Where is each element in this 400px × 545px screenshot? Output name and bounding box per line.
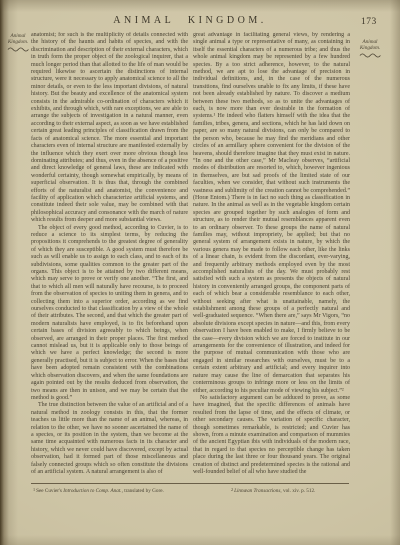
page-edge-shadow-top [0, 0, 400, 12]
margin-note-line: Kingdom. [351, 45, 389, 51]
body-paragraph: great advantage in facilitating general … [193, 32, 350, 395]
flourish-squiggle-icon [7, 46, 29, 52]
body-paragraph: The object of every good method, accordi… [31, 225, 188, 403]
footnote-marker: 1 [33, 487, 35, 492]
footnote-1: 1See Cuvier's Introduction to Comp. Anat… [33, 488, 164, 494]
flourish-squiggle-icon [359, 52, 381, 58]
book-page: ANIMAL KINGDOM. 173 Animal Kingdom. Anim… [0, 0, 400, 545]
body-paragraph: The true distinction between the value o… [31, 402, 188, 476]
text-column-left: anatomist; for such is the multiplicity … [31, 32, 188, 482]
footnote-divider [31, 483, 349, 484]
body-paragraph: anatomist; for such is the multiplicity … [31, 32, 188, 225]
text-column-right: great advantage in facilitating general … [193, 32, 350, 482]
footnote-text: , vol. xiv. p. 512. [280, 488, 315, 494]
page-title: ANIMAL KINGDOM. [31, 15, 349, 26]
footnote-text: See Cuvier's [36, 488, 63, 494]
footnote-work-title: Linnæan Transactions [234, 488, 280, 494]
page-gutter-shadow [0, 0, 18, 545]
margin-note-line: Kingdom. [3, 39, 33, 45]
margin-note-right: Animal Kingdom. [351, 39, 389, 58]
page-number: 173 [361, 17, 377, 27]
margin-note-left: Animal Kingdom. [3, 33, 33, 52]
footnote-2: 2Linnæan Transactions, vol. xiv. p. 512. [231, 488, 315, 494]
footnote-text: , translated by Gore. [122, 488, 164, 494]
footnote-work-title: Introduction to Comp. Anat. [63, 488, 121, 494]
page-edge-shadow-bottom [0, 535, 400, 545]
body-paragraph: No satisfactory argument can be adduced … [193, 395, 350, 476]
page-edge-shadow-right [390, 0, 400, 545]
footnote-marker: 2 [231, 487, 233, 492]
